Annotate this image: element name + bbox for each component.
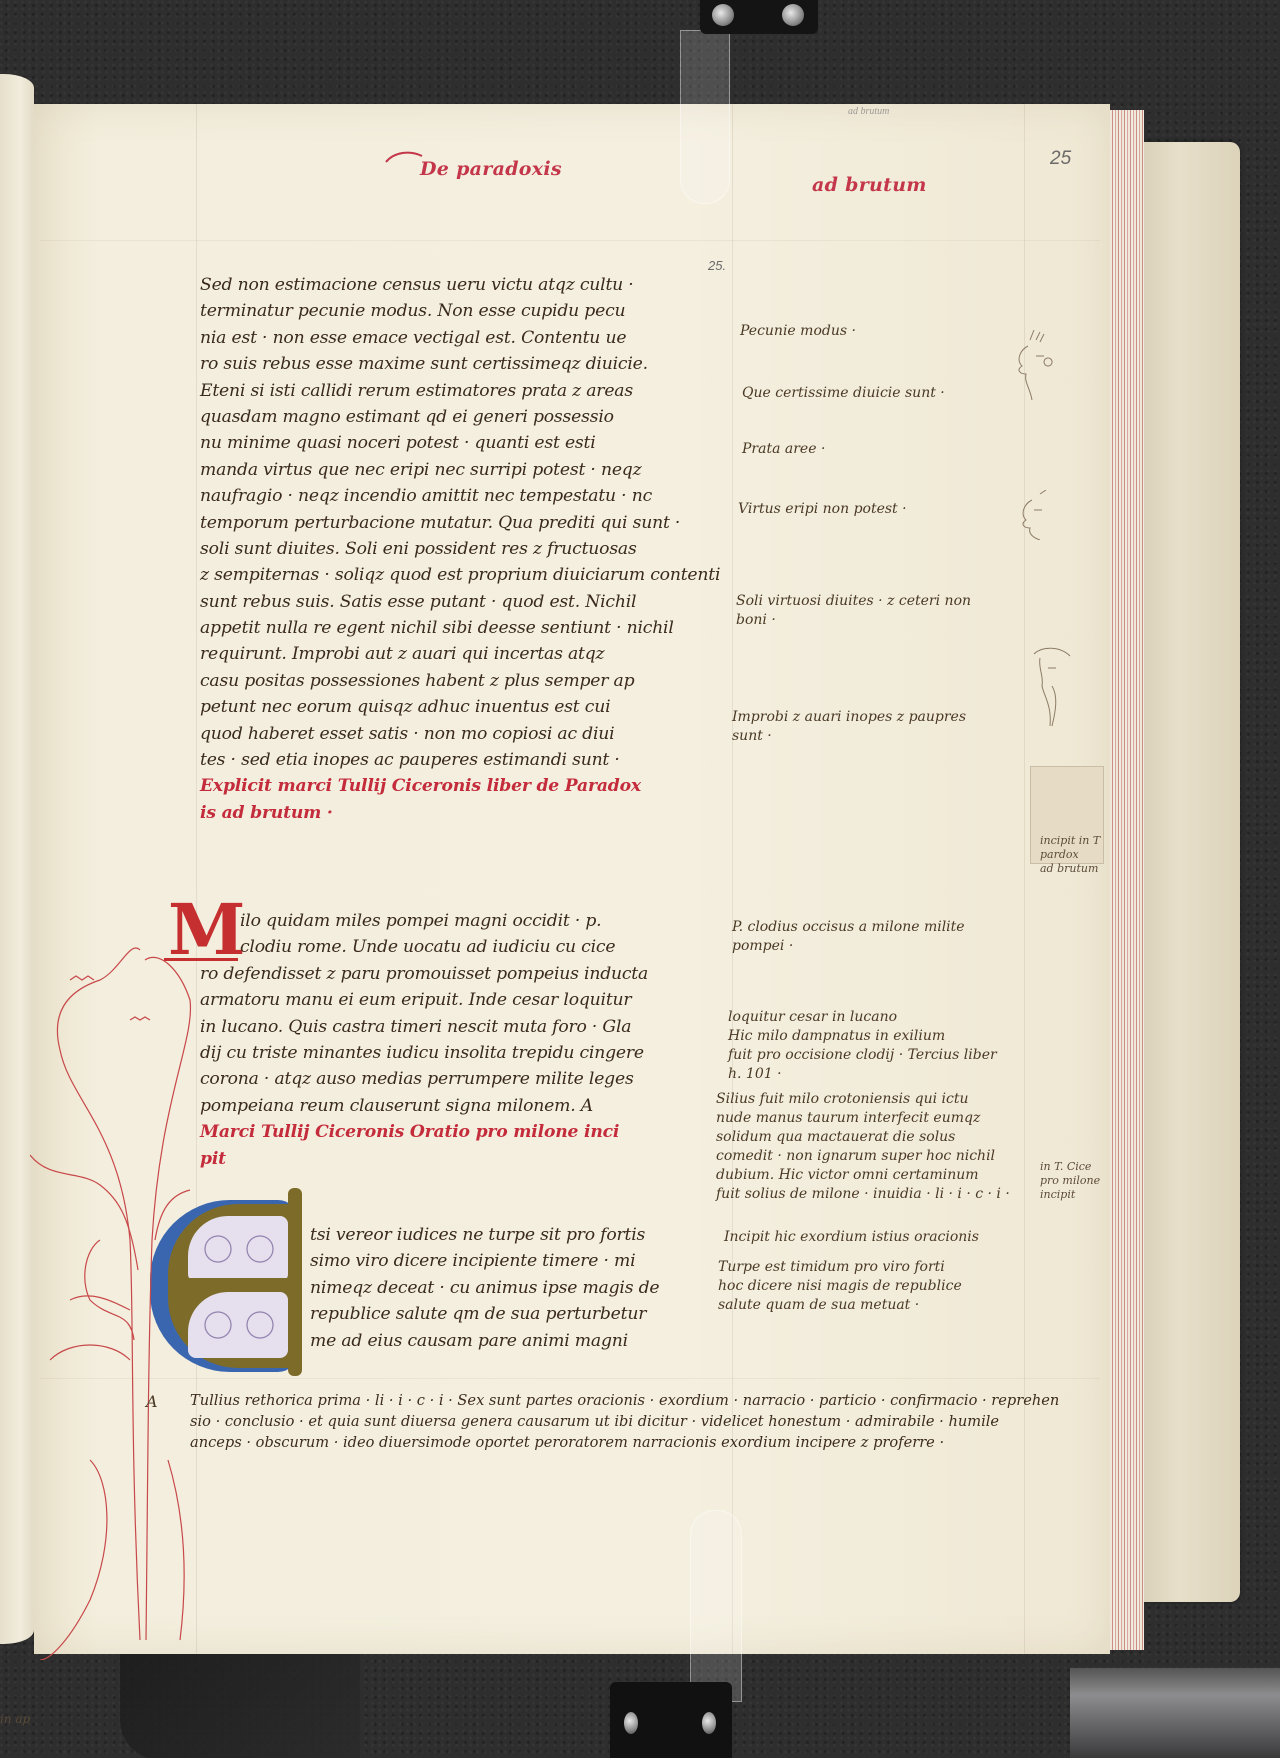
margin-gloss: Turpe est timidum pro viro forti hoc dic… xyxy=(718,1258,962,1315)
face-sketch-icon xyxy=(1010,330,1060,410)
text-folio-mark: 25. xyxy=(708,258,726,273)
text-line: armatoru manu ei eum eripuit. Inde cesar… xyxy=(200,987,730,1013)
gloss-line: Incipit hic exordium istius oracionis xyxy=(724,1228,979,1247)
gloss-line: loquitur cesar in lucano xyxy=(728,1008,997,1027)
book-cover-edge xyxy=(1138,142,1240,1602)
text-line: nia est · non esse emace vectigal est. C… xyxy=(200,325,730,351)
text-line: sunt rebus suis. Satis esse putant · quo… xyxy=(200,589,730,615)
gloss-line: Que certissime diuicie sunt · xyxy=(742,384,945,403)
gloss-line: P. clodius occisus a milone milite xyxy=(732,918,965,937)
text-line: petunt nec eorum quisqz adhuc inuentus e… xyxy=(200,694,730,720)
facing-page-edge xyxy=(0,74,34,1644)
text-line: naufragio · neqz incendio amittit nec te… xyxy=(200,483,730,509)
gloss-line: Silius fuit milo crotoniensis qui ictu xyxy=(716,1090,1010,1109)
screw-icon xyxy=(702,1712,716,1734)
text-line: dij cu triste minantes iudicu insolita t… xyxy=(200,1040,730,1066)
gloss-line: hoc dicere nisi magis de republice xyxy=(718,1277,962,1296)
text-line: terminatur pecunie modus. Non esse cupid… xyxy=(200,298,730,324)
bearded-head-sketch-icon xyxy=(1030,646,1080,736)
pencil-note-top: ad brutum xyxy=(848,106,889,117)
text-line: ro suis rebus esse maxime sunt certissim… xyxy=(200,351,730,377)
text-line: casu positas possessiones habent z plus … xyxy=(200,668,730,694)
face-sketch-icon xyxy=(1010,490,1060,540)
text-line: manda virtus que nec eripi nec surripi p… xyxy=(200,457,730,483)
text-line: Eteni si isti callidi rerum estimatores … xyxy=(200,378,730,404)
text-line: quasdam magno estimant qd ei generi poss… xyxy=(200,404,730,430)
text-line: nu minime quasi noceri potest · quanti e… xyxy=(200,430,730,456)
text-line: ilo quidam miles pompei magni occidit · … xyxy=(200,908,730,934)
text-line: soli sunt diuites. Soli eni possident re… xyxy=(200,536,730,562)
gloss-line: salute quam de sua metuat · xyxy=(718,1296,962,1315)
rubric-explicit: is ad brutum · xyxy=(200,800,730,826)
text-line: quod haberet esset satis · non mo copios… xyxy=(200,721,730,747)
gloss-line: boni · xyxy=(736,611,971,630)
commentary-marker: A xyxy=(146,1392,158,1411)
rubric-explicit: Explicit marci Tullij Ciceronis liber de… xyxy=(200,773,730,799)
facing-page-fragment: in ap xyxy=(0,1712,30,1726)
initial-e-stem xyxy=(288,1188,302,1376)
clip-mount-top xyxy=(700,0,818,34)
text-line: nimeqz deceat · cu animus ipse magis de xyxy=(310,1275,730,1301)
screw-icon xyxy=(782,4,804,26)
running-header-left: De paradoxis xyxy=(420,158,562,180)
margin-gloss: Silius fuit milo crotoniensis qui ictu n… xyxy=(716,1090,1010,1204)
gloss-line: Virtus eripi non potest · xyxy=(738,500,907,519)
running-header-right: ad brutum xyxy=(812,174,927,196)
text-line: clodiu rome. Unde uocatu ad iudiciu cu c… xyxy=(200,934,730,960)
penwork-flourish xyxy=(30,940,210,1660)
gloss-line: nude manus taurum interfecit eumqz xyxy=(716,1109,1010,1128)
text-line: corona · atqz auso medias perrumpere mil… xyxy=(200,1066,730,1092)
commentary-block: Tullius rethorica prima · li · i · c · i… xyxy=(190,1390,1010,1453)
page-clip-top xyxy=(680,30,730,204)
gloss-line: Turpe est timidum pro viro forti xyxy=(718,1258,962,1277)
text-line: z sempiternas · soliqz quod est proprium… xyxy=(200,562,730,588)
outer-margin-note: incipit in T pardox ad brutum xyxy=(1040,834,1100,876)
page-fore-edge xyxy=(1110,110,1144,1650)
commentary-line: anceps · obscurum · ideo diuersimode opo… xyxy=(190,1432,1010,1453)
gloss-line: fuit pro occisione clodij · Tercius libe… xyxy=(728,1046,997,1065)
note-line: pro milone xyxy=(1040,1174,1100,1188)
milo-text-block: ilo quidam miles pompei magni occidit · … xyxy=(200,908,730,1172)
ruling-line xyxy=(40,240,1100,241)
gloss-line: solidum qua mactauerat die solus xyxy=(716,1128,1010,1147)
gloss-line: Prata aree · xyxy=(742,440,825,459)
outer-margin-note: in T. Cice pro milone incipit xyxy=(1040,1160,1100,1202)
margin-gloss: Que certissime diuicie sunt · xyxy=(742,384,945,403)
gloss-line: pompei · xyxy=(732,937,965,956)
commentary-line: Tullius rethorica prima · li · i · c · i… xyxy=(190,1390,1010,1411)
page-clip-bottom xyxy=(690,1510,742,1702)
text-line: tes · sed etia inopes ac pauperes estima… xyxy=(200,747,730,773)
text-line: republice salute qm de sua perturbetur xyxy=(310,1301,730,1327)
text-line: requirunt. Improbi aut z auari qui incer… xyxy=(200,641,730,667)
gloss-line: h. 101 · xyxy=(728,1065,997,1084)
rubric-incipit: Marci Tullij Ciceronis Oratio pro milone… xyxy=(200,1119,730,1145)
note-line: incipit xyxy=(1040,1188,1100,1202)
margin-gloss: Pecunie modus · xyxy=(740,322,856,341)
text-line: temporum perturbacione mutatur. Qua pred… xyxy=(200,510,730,536)
screw-icon xyxy=(624,1712,638,1734)
rubric-incipit: pit xyxy=(200,1146,730,1172)
note-line: pardox xyxy=(1040,848,1100,862)
main-text-block: Sed non estimacione census ueru victu at… xyxy=(200,272,730,826)
text-line: me ad eius causam pare animi magni xyxy=(310,1328,730,1354)
gloss-line: Pecunie modus · xyxy=(740,322,856,341)
commentary-line: sio · conclusio · et quia sunt diuersa g… xyxy=(190,1411,1010,1432)
margin-gloss: Virtus eripi non potest · xyxy=(738,500,907,519)
text-line: ro defendisset z paru promouisset pompei… xyxy=(200,961,730,987)
gloss-line: sunt · xyxy=(732,727,966,746)
margin-gloss: P. clodius occisus a milone milite pompe… xyxy=(732,918,965,956)
margin-gloss: Improbi z auari inopes z paupres sunt · xyxy=(732,708,966,746)
oration-text-block: tsi vereor iudices ne turpe sit pro fort… xyxy=(310,1222,730,1354)
text-line: tsi vereor iudices ne turpe sit pro fort… xyxy=(310,1222,730,1248)
note-line: incipit in T xyxy=(1040,834,1100,848)
margin-gloss: Incipit hic exordium istius oracionis xyxy=(724,1228,979,1247)
gloss-line: Improbi z auari inopes z paupres xyxy=(732,708,966,727)
scanner-rod xyxy=(1070,1668,1280,1758)
gloss-line: fuit solius de milone · inuidia · li · i… xyxy=(716,1185,1010,1204)
text-line: pompeiana reum clauserunt signa milonem.… xyxy=(200,1093,730,1119)
gloss-line: Soli virtuosi diuites · z ceteri non xyxy=(736,592,971,611)
note-line: in T. Cice xyxy=(1040,1160,1100,1174)
gloss-line: Hic milo dampnatus in exilium xyxy=(728,1027,997,1046)
text-line: in lucano. Quis castra timeri nescit mut… xyxy=(200,1014,730,1040)
margin-gloss: Soli virtuosi diuites · z ceteri non bon… xyxy=(736,592,971,630)
text-line: Sed non estimacione census ueru victu at… xyxy=(200,272,730,298)
margin-gloss: loquitur cesar in lucano Hic milo dampna… xyxy=(728,1008,997,1084)
text-line: simo viro dicere incipiente timere · mi xyxy=(310,1248,730,1274)
text-line: appetit nulla re egent nichil sibi deess… xyxy=(200,615,730,641)
screw-icon xyxy=(712,4,734,26)
clip-mount-bottom xyxy=(610,1682,732,1758)
gloss-line: comedit · non ignarum super hoc nichil xyxy=(716,1147,1010,1166)
note-line: ad brutum xyxy=(1040,862,1100,876)
folio-number: 25 xyxy=(1050,148,1071,170)
margin-gloss: Prata aree · xyxy=(742,440,825,459)
header-flourish-icon xyxy=(384,148,424,168)
gloss-line: dubium. Hic victor omni certaminum xyxy=(716,1166,1010,1185)
